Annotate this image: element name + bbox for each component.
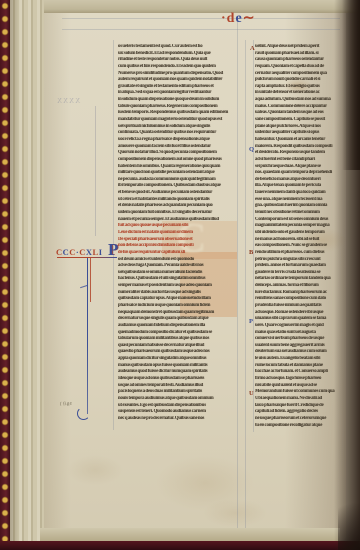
rubric-lines: fuit ad quos quoue usque pecuniam sibiLe…: [118, 223, 237, 256]
gutter-shadow-top: [342, 0, 360, 170]
chapter-numeral: CCC·CXLI: [56, 247, 103, 257]
illuminated-initial: P: [108, 241, 118, 259]
showthrough-numeral: XXXX: [56, 97, 80, 105]
colored-capital: A: [250, 45, 255, 52]
text-column-right: uelint. Atque deus uel pridem aperitraui…: [255, 44, 345, 429]
ruling-line: [62, 29, 340, 30]
left-column-text-upper: os ueteris testamenti est quod. Cur aute…: [118, 44, 237, 223]
running-header: ·de ∼: [221, 12, 255, 26]
page-top-edge: [10, 0, 360, 13]
margin-note: ſ fige: [60, 401, 73, 407]
colored-capital: Q: [249, 146, 254, 153]
left-column-text-lower: ost deum amicis et uidendum est quomodoa…: [118, 257, 237, 423]
book-cover-left-edge: [0, 0, 10, 550]
colored-capital: P: [249, 318, 253, 325]
text-column-left: os ueteris testamenti est quod. Cur aute…: [118, 44, 237, 423]
showthrough-penwork-line: [95, 106, 96, 236]
penwork-descender-red: [90, 258, 91, 302]
penwork-descender: [87, 258, 88, 414]
ruling-line: [237, 18, 238, 536]
ruling-line: [62, 18, 340, 19]
ruling-line: [113, 40, 114, 430]
stacked-page-edges: [10, 0, 44, 544]
book-cover-bottom-edge: [0, 541, 360, 550]
ruling-line: [253, 40, 254, 432]
penwork-hook: [77, 407, 90, 420]
gutter-shadow-bottom: [338, 490, 360, 550]
ruling-line: [245, 40, 246, 536]
colored-capital: B: [249, 249, 253, 256]
page-bottom-edge: [40, 528, 340, 542]
colored-capital: U: [249, 390, 254, 397]
manuscript-photo: XXXX C ·de ∼ os ueteris testamenti est q…: [0, 0, 360, 550]
